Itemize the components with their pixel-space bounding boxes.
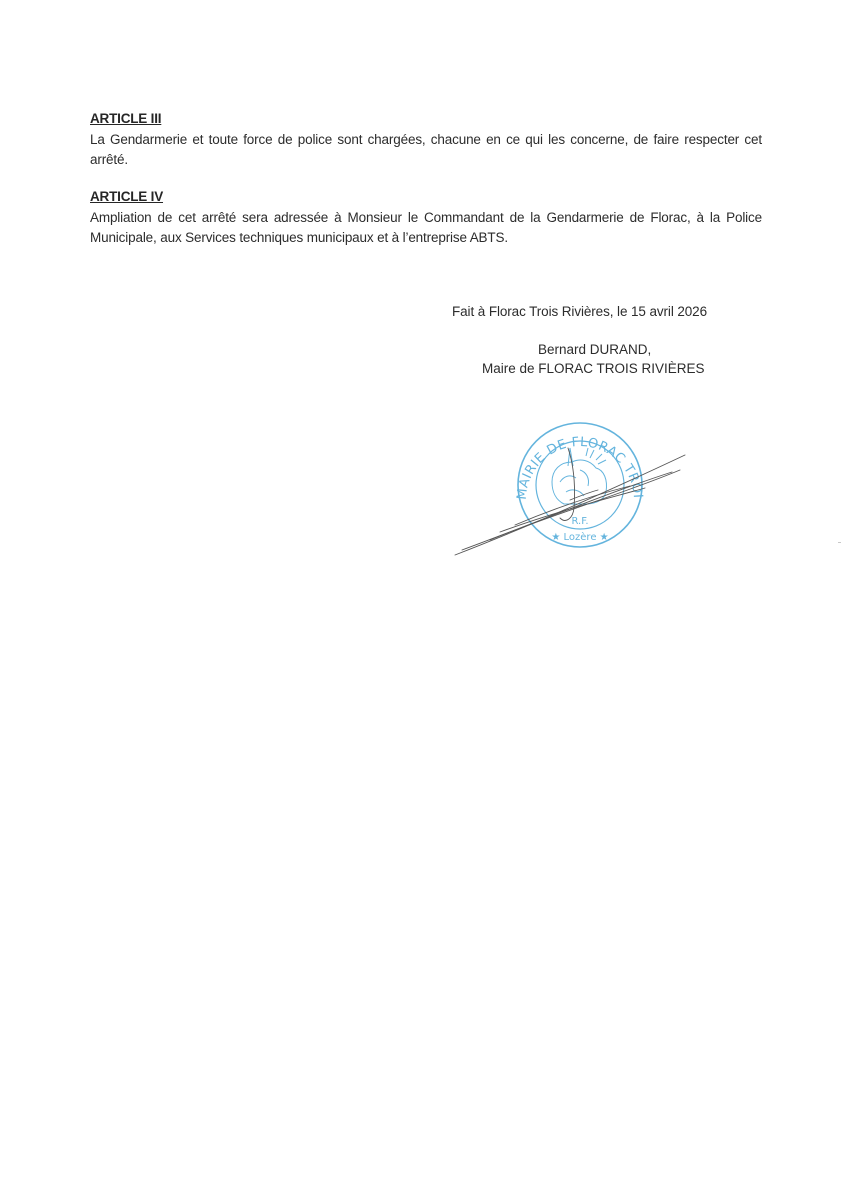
document-page: ARTICLE III La Gendarmerie et toute forc… xyxy=(0,0,848,1200)
article-3-body: La Gendarmerie et toute force de police … xyxy=(90,130,762,170)
stamp-seal-icon: MAIRIE DE FLORAC TROIS RIVIÈRES R.F. ★ L… xyxy=(440,400,645,547)
article-4-body: Ampliation de cet arrêté sera adressée à… xyxy=(90,208,762,248)
scan-edge-mark xyxy=(838,542,841,543)
place-and-date: Fait à Florac Trois Rivières, le 15 avri… xyxy=(452,304,707,319)
article-4-heading: ARTICLE IV xyxy=(90,189,163,204)
svg-text:★ Lozère ★: ★ Lozère ★ xyxy=(551,531,608,543)
svg-text:MAIRIE DE FLORAC TROIS RIVIÈRE: MAIRIE DE FLORAC TROIS RIVIÈRES xyxy=(440,400,645,500)
svg-text:R.F.: R.F. xyxy=(571,516,588,527)
article-3-heading: ARTICLE III xyxy=(90,111,161,126)
official-stamp-and-signature: MAIRIE DE FLORAC TROIS RIVIÈRES R.F. ★ L… xyxy=(440,400,700,570)
signer-name: Bernard DURAND, xyxy=(538,342,651,357)
signer-title: Maire de FLORAC TROIS RIVIÈRES xyxy=(482,361,705,376)
